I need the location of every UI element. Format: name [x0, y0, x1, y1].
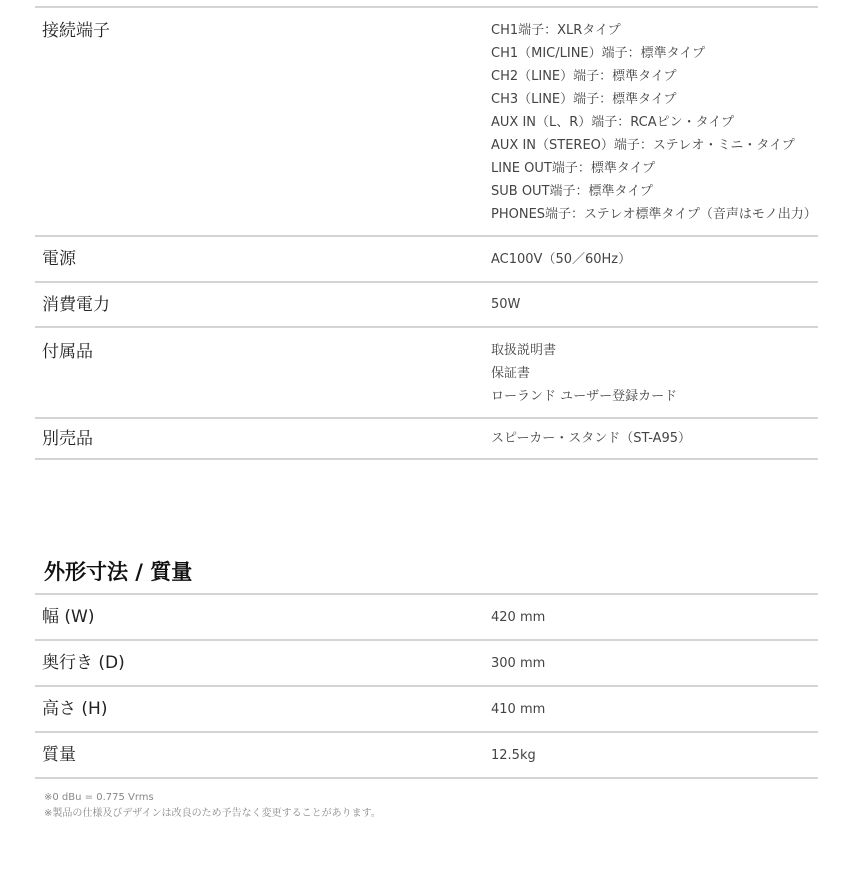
spec-label: 別売品	[35, 428, 491, 450]
spec-row-power: 電源 AC100V（50／60Hz）	[35, 237, 818, 283]
spec-label: 接続端子	[35, 8, 491, 235]
spec-value: 50W	[491, 293, 818, 316]
dim-value: 420 mm	[491, 610, 818, 625]
footnotes: ※0 dBu = 0.775 Vrms ※製品の仕様及びデザインは改良のため予告…	[44, 790, 381, 822]
spec-values: AC100V（50／60Hz）	[491, 248, 818, 271]
spec-value: CH3（LINE）端子：標準タイプ	[491, 88, 818, 111]
spec-label: 電源	[35, 248, 491, 270]
footnote: ※0 dBu = 0.775 Vrms	[44, 790, 381, 806]
footnote: ※製品の仕様及びデザインは改良のため予告なく変更することがあります。	[44, 806, 381, 822]
spec-row-connectors: 接続端子 CH1端子：XLRタイプ CH1（MIC/LINE）端子：標準タイプ …	[35, 8, 818, 237]
spec-label: 消費電力	[35, 294, 491, 316]
spec-value: CH1（MIC/LINE）端子：標準タイプ	[491, 42, 818, 65]
spec-row-consumption: 消費電力 50W	[35, 283, 818, 328]
spec-row-accessories: 付属品 取扱説明書 保証書 ローランド ユーザー登録カード	[35, 328, 818, 419]
dim-label: 奥行き (D)	[35, 652, 491, 674]
spec-value: ローランド ユーザー登録カード	[491, 385, 818, 408]
spec-values: 取扱説明書 保証書 ローランド ユーザー登録カード	[491, 328, 818, 417]
dim-row-width: 幅 (W) 420 mm	[35, 595, 818, 641]
spec-value: AC100V（50／60Hz）	[491, 248, 818, 271]
spec-row-options: 別売品 スピーカー・スタンド（ST-A95）	[35, 419, 818, 460]
spec-value: 取扱説明書	[491, 339, 818, 362]
spec-value: 保証書	[491, 362, 818, 385]
spec-value: LINE OUT端子：標準タイプ	[491, 157, 818, 180]
spec-value: PHONES端子：ステレオ標準タイプ（音声はモノ出力）	[491, 203, 818, 226]
spec-values: スピーカー・スタンド（ST-A95）	[491, 427, 818, 450]
dim-row-weight: 質量 12.5kg	[35, 733, 818, 779]
section-title-dimensions: 外形寸法 / 質量	[44, 556, 192, 586]
spec-value: SUB OUT端子：標準タイプ	[491, 180, 818, 203]
dim-value: 300 mm	[491, 656, 818, 671]
dim-row-depth: 奥行き (D) 300 mm	[35, 641, 818, 687]
spec-value: CH1端子：XLRタイプ	[491, 19, 818, 42]
spec-table: 接続端子 CH1端子：XLRタイプ CH1（MIC/LINE）端子：標準タイプ …	[35, 6, 818, 460]
spec-value: AUX IN（L、R）端子：RCAピン・タイプ	[491, 111, 818, 134]
dim-label: 高さ (H)	[35, 698, 491, 720]
dimensions-table: 幅 (W) 420 mm 奥行き (D) 300 mm 高さ (H) 410 m…	[35, 593, 818, 779]
dim-label: 質量	[35, 744, 491, 766]
spec-value: AUX IN（STEREO）端子：ステレオ・ミニ・タイプ	[491, 134, 818, 157]
spec-value: スピーカー・スタンド（ST-A95）	[491, 427, 818, 450]
dim-value: 410 mm	[491, 702, 818, 717]
dim-label: 幅 (W)	[35, 606, 491, 628]
spec-values: 50W	[491, 293, 818, 316]
spec-label: 付属品	[35, 328, 491, 417]
spec-value: CH2（LINE）端子：標準タイプ	[491, 65, 818, 88]
spec-values: CH1端子：XLRタイプ CH1（MIC/LINE）端子：標準タイプ CH2（L…	[491, 8, 818, 235]
dim-row-height: 高さ (H) 410 mm	[35, 687, 818, 733]
dim-value: 12.5kg	[491, 748, 818, 763]
